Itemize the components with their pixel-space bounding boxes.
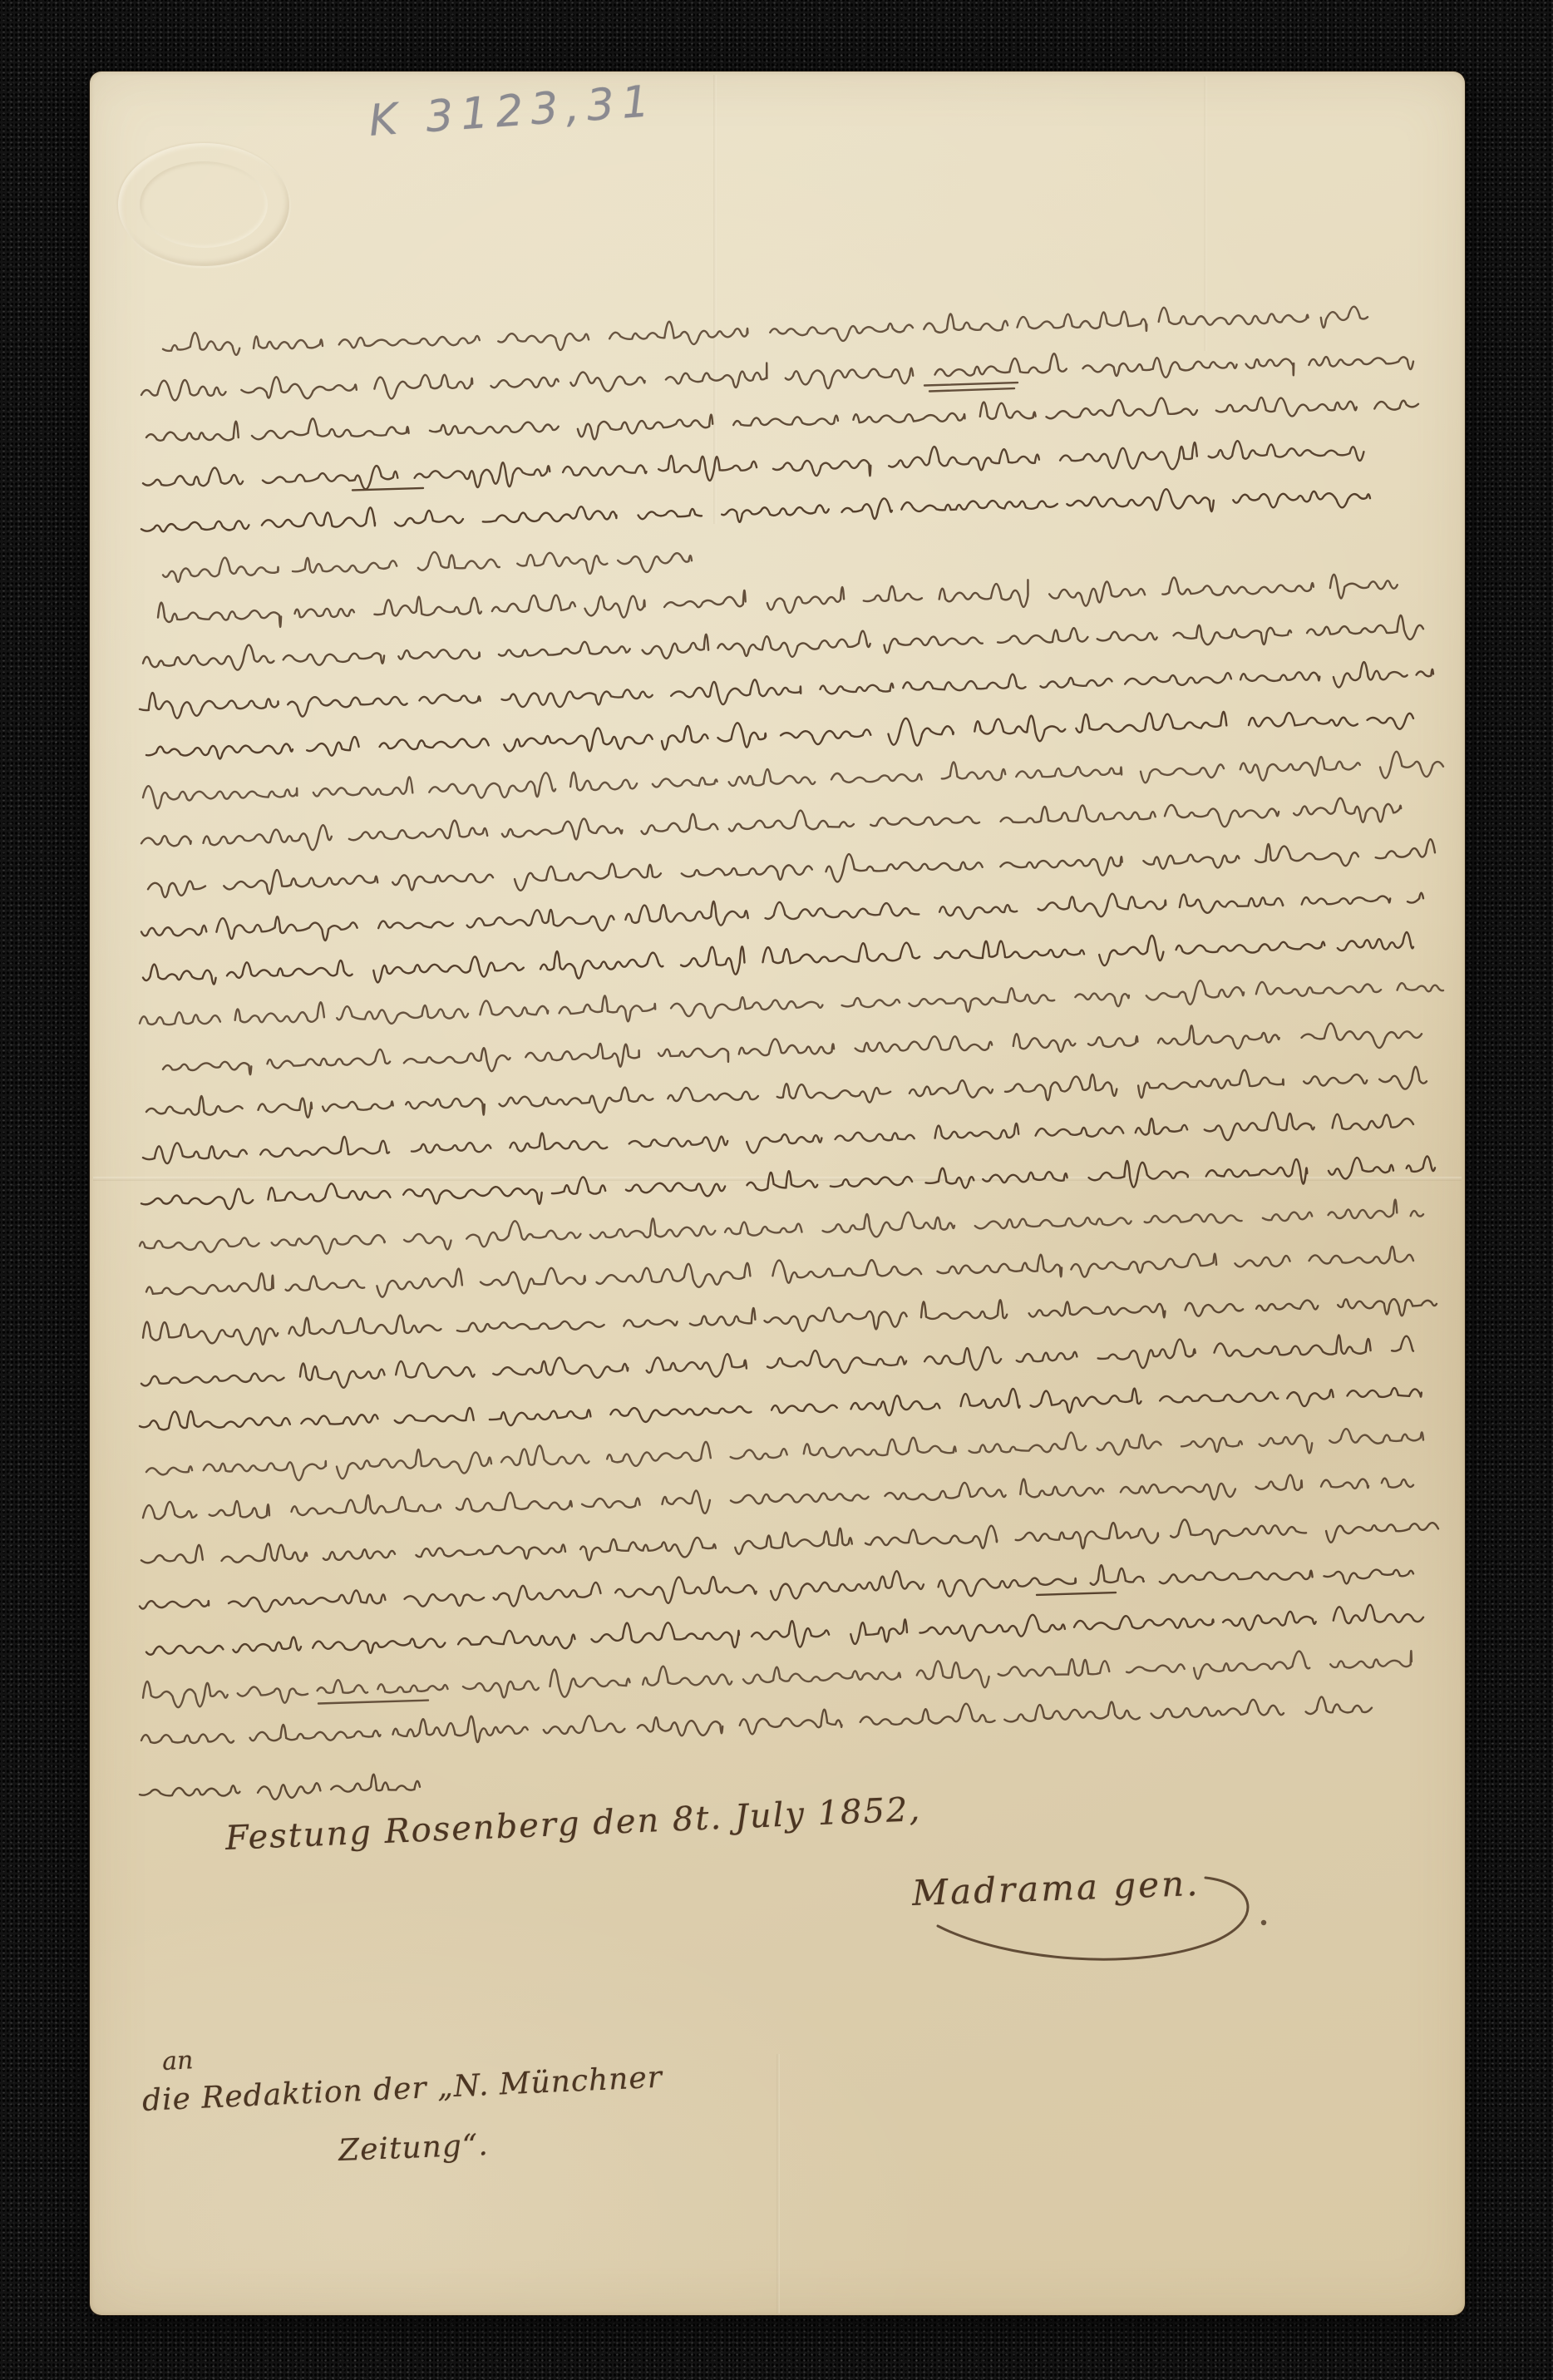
address-line-1: an	[161, 2046, 194, 2076]
handwriting-line	[146, 1429, 1423, 1480]
handwriting-line	[163, 1024, 1422, 1075]
handwriting-line	[141, 1519, 1438, 1563]
photograph-of-letter: K 3123,31 Festung Rosenberg den 8t. July…	[0, 0, 1553, 2380]
handwriting-line	[143, 1475, 1413, 1519]
address-line-3: Zeitung“.	[338, 2128, 489, 2168]
handwriting-line	[146, 1067, 1427, 1118]
handwriting-line	[140, 1775, 420, 1800]
handwriting-line	[141, 798, 1401, 850]
handwriting-line	[141, 353, 1413, 400]
handwriting-line	[143, 932, 1413, 985]
handwriting-line	[163, 307, 1368, 355]
handwriting-line	[140, 1388, 1422, 1429]
handwriting-line	[143, 615, 1423, 670]
handwriting-line	[146, 1605, 1423, 1655]
handwriting-line	[143, 1299, 1437, 1345]
handwriting-line	[141, 489, 1370, 531]
handwriting-line	[141, 1156, 1435, 1209]
handwriting-line	[146, 1247, 1413, 1297]
handwriting-body-lines	[0, 0, 1553, 2380]
handwriting-line	[158, 575, 1398, 627]
handwriting-line	[146, 397, 1418, 441]
handwriting-line	[141, 893, 1423, 941]
handwriting-line	[140, 980, 1443, 1025]
handwriting-line	[143, 752, 1443, 808]
handwriting-line	[140, 662, 1433, 718]
handwriting-line	[163, 552, 692, 582]
handwriting-line	[143, 1113, 1413, 1163]
handwriting-line	[141, 1335, 1413, 1387]
handwriting-line	[143, 1651, 1412, 1707]
handwriting-line	[143, 441, 1363, 490]
handwriting-line	[140, 1565, 1413, 1612]
handwriting-line	[146, 712, 1413, 759]
handwriting-line	[148, 839, 1435, 897]
handwriting-line	[140, 1200, 1423, 1254]
signature-period	[1261, 1920, 1266, 1925]
